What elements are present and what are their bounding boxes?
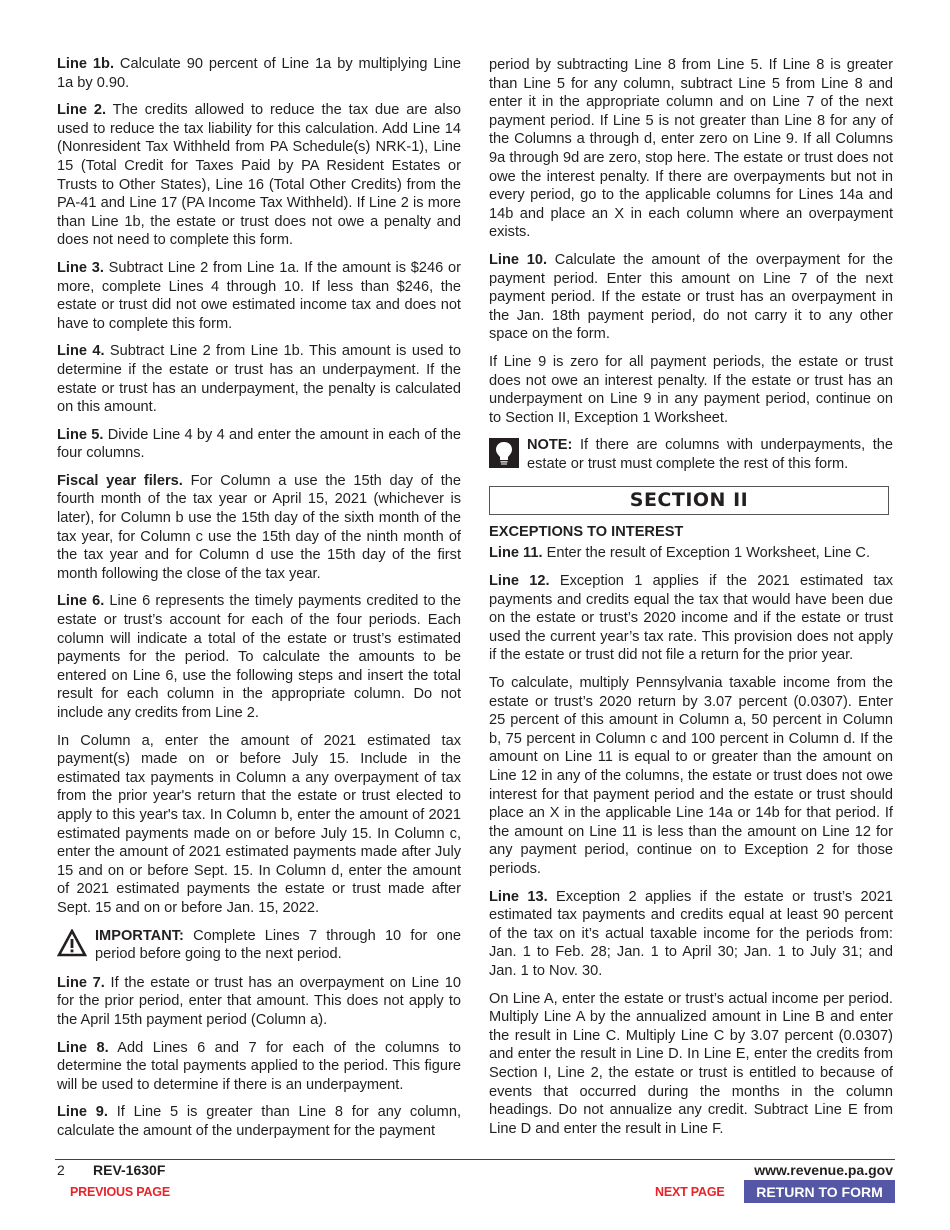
exceptions-to-interest-heading: EXCEPTIONS TO INTEREST xyxy=(489,523,893,542)
paragraph-line-3: Line 3. Subtract Line 2 from Line 1a. If… xyxy=(57,259,461,333)
right-column: period by subtracting Line 8 from Line 5… xyxy=(489,56,893,1147)
note-callout: NOTE: If there are columns with underpay… xyxy=(489,436,893,474)
next-page-link[interactable]: NEXT PAGE xyxy=(655,1185,725,1199)
return-to-form-button[interactable]: RETURN TO FORM xyxy=(744,1180,895,1203)
paragraph-line-11: Line 11. Enter the result of Exception 1… xyxy=(489,544,893,563)
note-callout-text: NOTE: If there are columns with underpay… xyxy=(527,436,893,473)
paragraph-line-7: Line 7. If the estate or trust has an ov… xyxy=(57,974,461,1030)
paragraph-line-12-calculate: To calculate, multiply Pennsylvania taxa… xyxy=(489,674,893,879)
previous-page-link[interactable]: PREVIOUS PAGE xyxy=(70,1185,170,1199)
paragraph-line-4: Line 4. Subtract Line 2 from Line 1b. Th… xyxy=(57,342,461,416)
website-url: www.revenue.pa.gov xyxy=(754,1162,893,1178)
paragraph-line-8: Line 8. Add Lines 6 and 7 for each of th… xyxy=(57,1039,461,1095)
paragraph-line-9-continued: period by subtracting Line 8 from Line 5… xyxy=(489,56,893,242)
section-ii-heading: SECTION II xyxy=(489,486,889,515)
paragraph-line-5: Line 5. Divide Line 4 by 4 and enter the… xyxy=(57,426,461,463)
lightbulb-icon xyxy=(489,438,519,474)
paragraph-fiscal-year-filers: Fiscal year filers. For Column a use the… xyxy=(57,472,461,584)
important-callout-text: IMPORTANT: Complete Lines 7 through 10 f… xyxy=(95,927,461,964)
paragraph-line-10: Line 10. Calculate the amount of the ove… xyxy=(489,251,893,344)
left-column: Line 1b. Calculate 90 percent of Line 1a… xyxy=(57,55,461,1149)
paragraph-line-6-columns: In Column a, enter the amount of 2021 es… xyxy=(57,732,461,918)
paragraph-line-13: Line 13. Exception 2 applies if the esta… xyxy=(489,888,893,981)
warning-triangle-icon xyxy=(57,929,87,963)
paragraph-line-1b: Line 1b. Calculate 90 percent of Line 1a… xyxy=(57,55,461,92)
paragraph-line-9-zero: If Line 9 is zero for all payment period… xyxy=(489,353,893,427)
paragraph-line-6: Line 6. Line 6 represents the timely pay… xyxy=(57,592,461,722)
paragraph-line-12: Line 12. Exception 1 applies if the 2021… xyxy=(489,572,893,665)
important-callout: IMPORTANT: Complete Lines 7 through 10 f… xyxy=(57,927,461,964)
footer-divider xyxy=(55,1159,895,1160)
paragraph-line-2: Line 2. The credits allowed to reduce th… xyxy=(57,101,461,250)
paragraph-line-13-line-a: On Line A, enter the estate or trust’s a… xyxy=(489,990,893,1139)
form-id: REV-1630F xyxy=(93,1162,165,1178)
paragraph-line-9: Line 9. If Line 5 is greater than Line 8… xyxy=(57,1103,461,1140)
page-number: 2 xyxy=(57,1162,65,1178)
